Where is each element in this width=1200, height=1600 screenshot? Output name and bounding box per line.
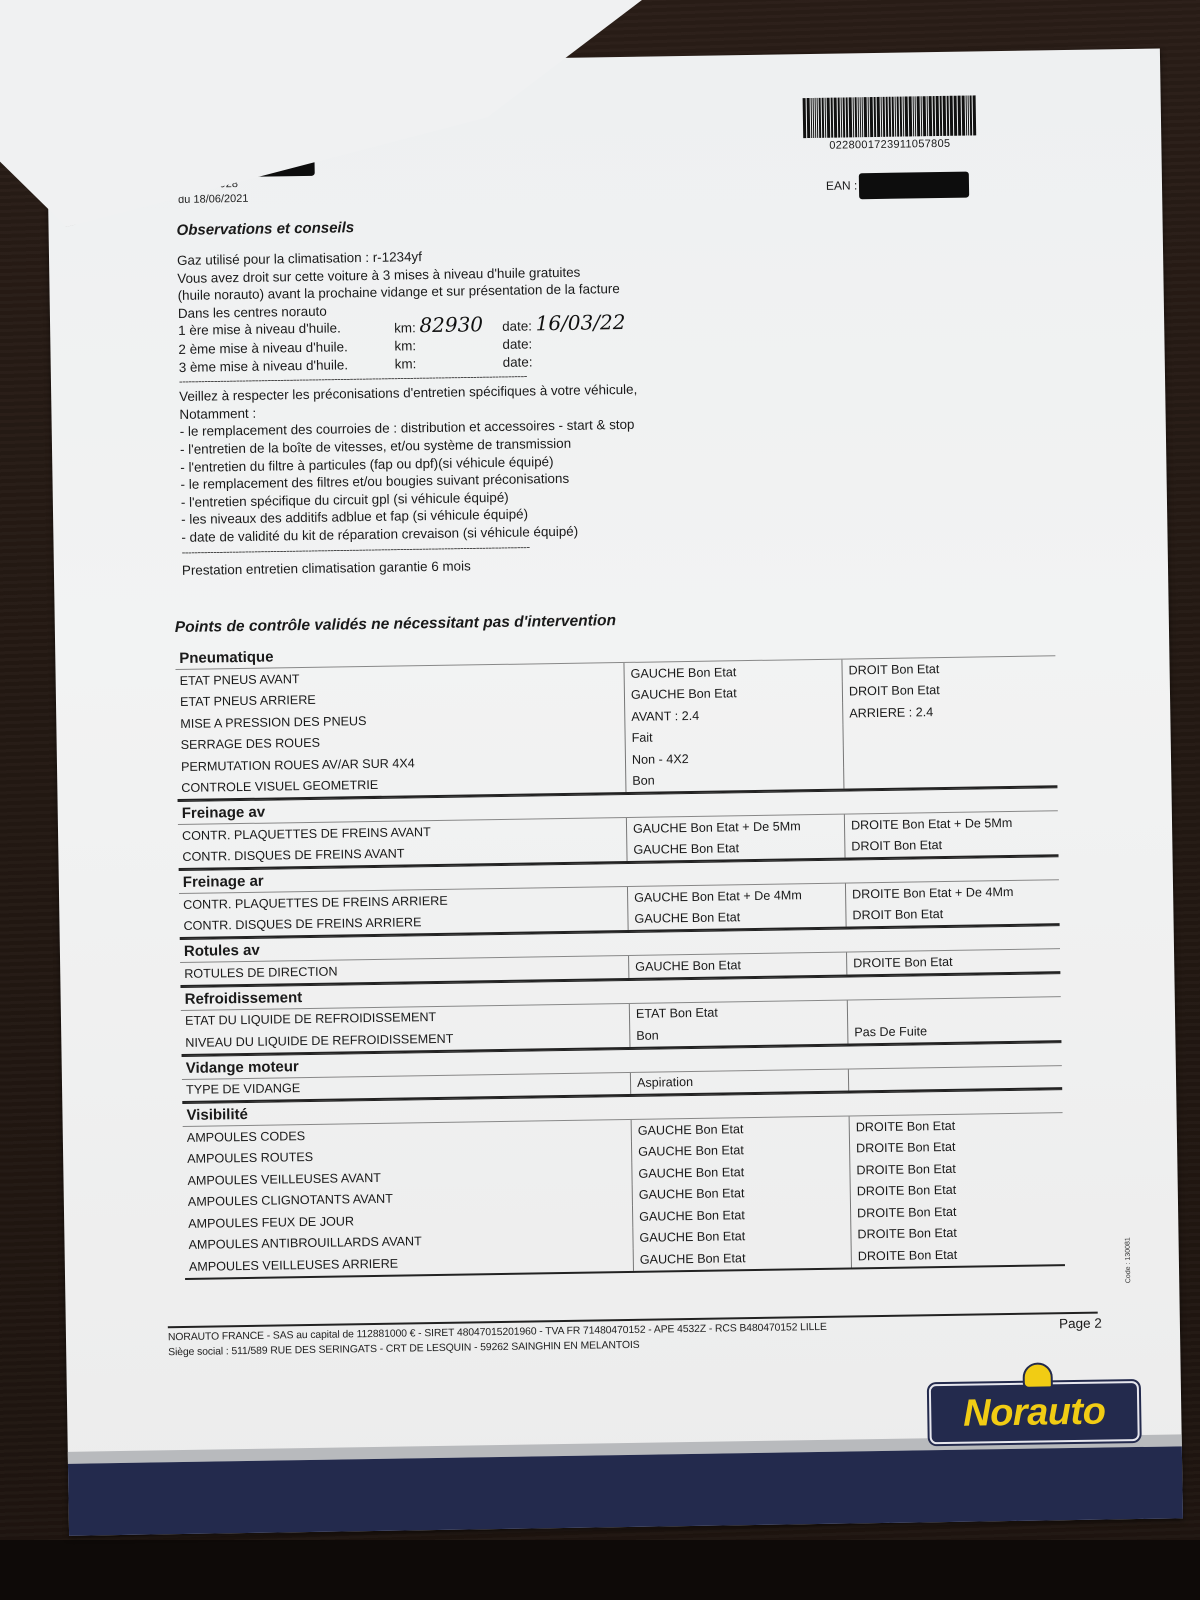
control-group: PneumatiqueETAT PNEUS AVANTGAUCHE Bon Et… xyxy=(175,633,1057,801)
control-points: Points de contrôle validés ne nécessitan… xyxy=(175,605,1065,1279)
right-value: DROITE Bon Etat xyxy=(851,1242,1065,1267)
left-value: GAUCHE Bon Etat xyxy=(626,836,844,861)
form-code: Code : 130081 xyxy=(1125,1237,1133,1283)
norauto-logo: Norauto xyxy=(929,1381,1140,1444)
page-number: Page 2 xyxy=(1059,1316,1102,1332)
check-label: NIVEAU DU LIQUIDE DE REFROIDISSEMENT xyxy=(181,1029,629,1050)
footer: NORAUTO FRANCE - SAS au capital de 11288… xyxy=(168,1312,1098,1359)
barcode: 0228001723911057805 xyxy=(802,95,978,152)
check-label: TYPE DE VIDANGE xyxy=(182,1076,630,1097)
check-label: CONTR. DISQUES DE FREINS ARRIERE xyxy=(179,912,627,933)
advice-list: - le remplacement des courroies de : dis… xyxy=(180,414,742,546)
right-value xyxy=(843,764,1057,789)
right-value: DROITE Bon Etat xyxy=(846,949,1060,974)
right-value: DROIT Bon Etat xyxy=(844,833,1058,858)
group-table: AMPOULES CODESGAUCHE Bon EtatDROITE Bon … xyxy=(183,1112,1065,1279)
control-groups: PneumatiqueETAT PNEUS AVANTGAUCHE Bon Et… xyxy=(175,633,1065,1279)
handwritten-date: 16/03/22 xyxy=(535,310,625,335)
invoice-page: Facture n° B.T. n° 0928 du 18/06/2021 02… xyxy=(46,49,1183,1536)
left-value: GAUCHE Bon Etat xyxy=(628,953,846,978)
left-value: Bon xyxy=(625,767,843,792)
barcode-bars xyxy=(802,95,978,138)
check-label: CONTR. DISQUES DE FREINS AVANT xyxy=(178,843,626,864)
left-value: Aspiration xyxy=(630,1069,848,1094)
barcode-number: 0228001723911057805 xyxy=(802,137,977,152)
ean-field: EAN : xyxy=(826,172,970,200)
redaction-bar xyxy=(859,172,969,200)
right-value: Pas De Fuite xyxy=(847,1018,1061,1043)
group-table: ETAT PNEUS AVANTGAUCHE Bon EtatDROIT Bon… xyxy=(175,655,1057,801)
logo-text: Norauto xyxy=(963,1390,1106,1435)
right-value: DROIT Bon Etat xyxy=(845,902,1059,927)
desk-edge xyxy=(0,1540,1200,1600)
helmet-icon xyxy=(1022,1362,1052,1388)
handwritten-km: 82930 xyxy=(419,313,483,338)
left-value: GAUCHE Bon Etat xyxy=(627,905,845,930)
check-label: CONTROLE VISUEL GEOMETRIE xyxy=(177,774,625,795)
right-value xyxy=(848,1066,1062,1091)
observations-block: Gaz utilisé pour la climatisation : r-12… xyxy=(177,243,742,579)
control-group: VisibilitéAMPOULES CODESGAUCHE Bon EtatD… xyxy=(182,1089,1065,1279)
check-label: ROTULES DE DIRECTION xyxy=(180,960,628,981)
check-label: AMPOULES VEILLEUSES ARRIERE xyxy=(185,1253,633,1274)
control-points-title: Points de contrôle validés ne nécessitan… xyxy=(175,605,1055,637)
left-value: Bon xyxy=(629,1022,847,1047)
invoice-date: du 18/06/2021 xyxy=(178,191,315,208)
observations-title: Observations et conseils xyxy=(176,219,354,239)
left-value: GAUCHE Bon Etat xyxy=(633,1246,851,1271)
